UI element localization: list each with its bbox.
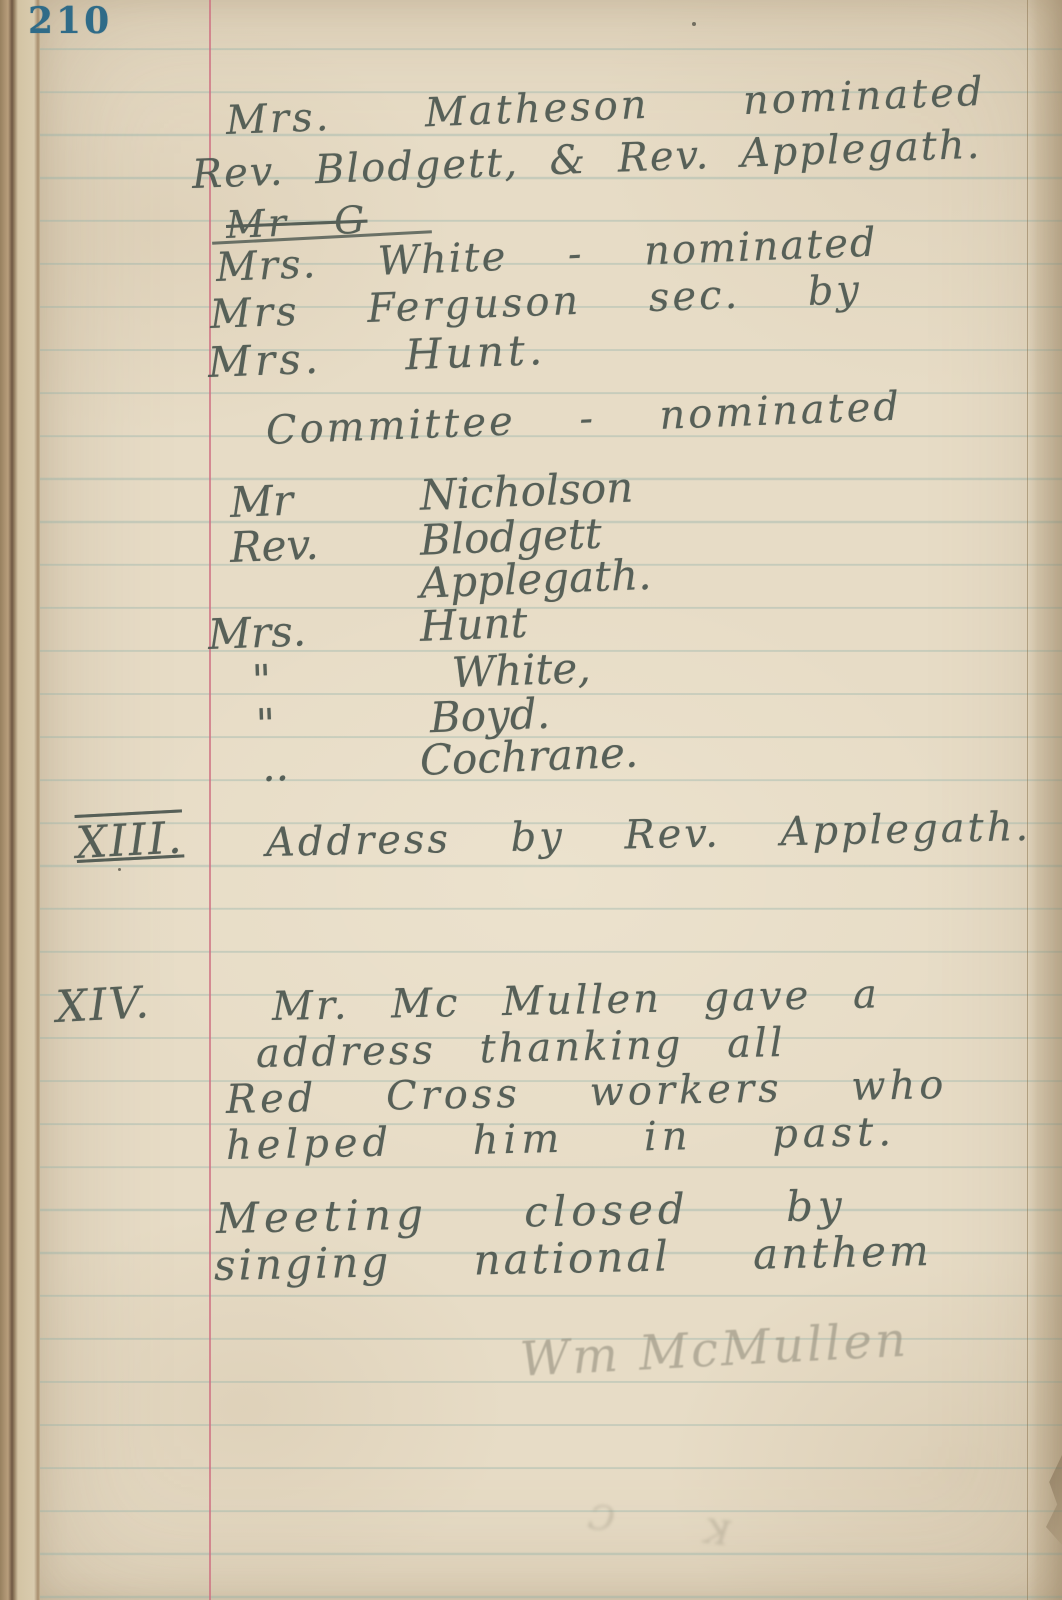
item-numeral: XIII. xyxy=(75,812,185,869)
red-margin-line xyxy=(209,0,211,1600)
committee-name: Hunt xyxy=(419,598,528,651)
ledger-page: 210 Mrs. Matheson nominated Rev. Blodget… xyxy=(0,0,1062,1600)
ink-speck xyxy=(692,22,696,26)
committee-ditto: .. xyxy=(261,736,421,791)
ink-speck xyxy=(830,92,833,98)
ink-speck xyxy=(118,868,121,871)
item-numeral: XIV. xyxy=(55,977,152,1033)
committee-name: Applegath. xyxy=(419,550,652,608)
committee-name: Cochrane. xyxy=(419,728,639,785)
book-binding-edge xyxy=(0,0,40,1600)
page-right-edge xyxy=(1027,0,1062,1600)
page-number: 210 xyxy=(28,0,112,42)
